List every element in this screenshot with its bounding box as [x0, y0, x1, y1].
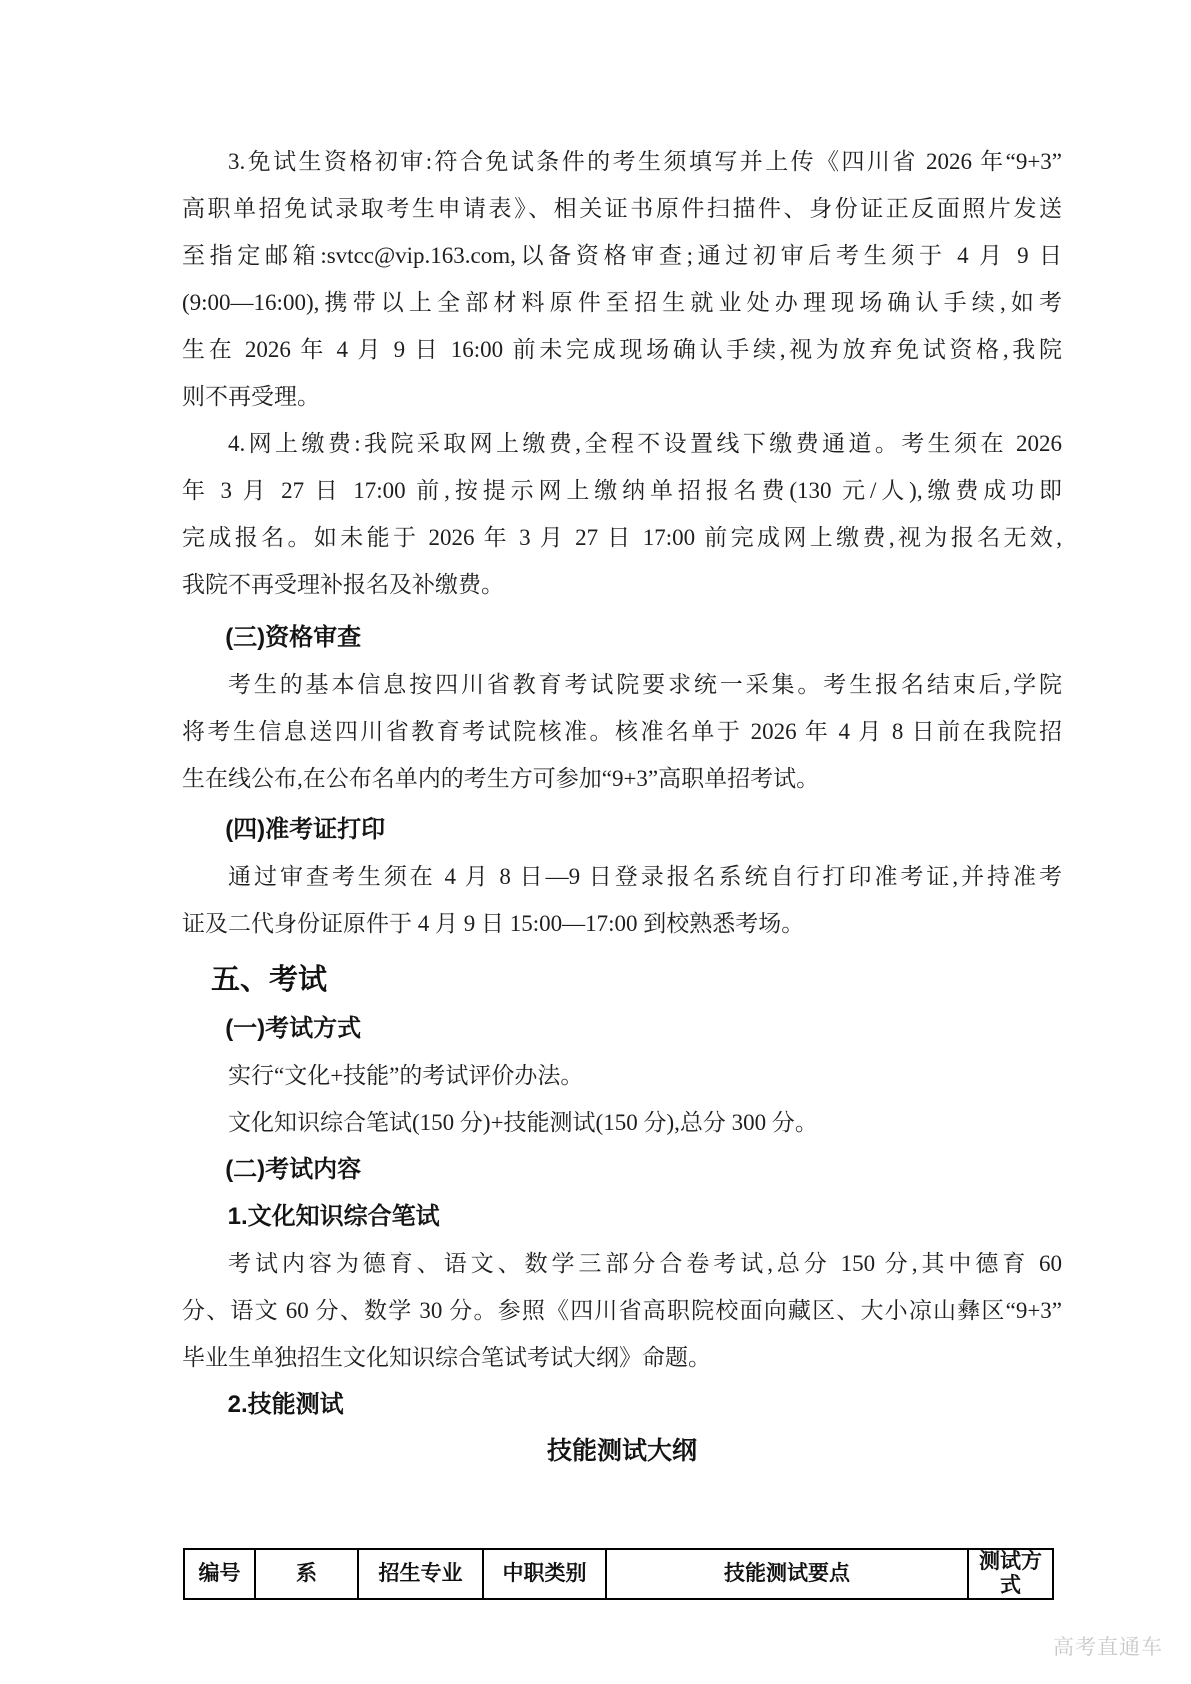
column-header-major: 招生专业: [358, 1549, 483, 1599]
text-line: (9:00—16:00),携带以上全部材料原件至招生就业处办理现场确认手续,如考: [182, 279, 1062, 326]
para-exemption-initial-review: 3.免试生资格初审:符合免试条件的考生须填写并上传《四川省 2026 年“9+3…: [182, 138, 1062, 420]
text-line: 生在线公布,在公布名单内的考生方可参加“9+3”高职单招考试。: [182, 755, 1062, 802]
para-exam-method: 实行“文化+技能”的考试评价办法。: [182, 1052, 1062, 1099]
text-line: 高职单招免试录取考生申请表》、相关证书原件扫描件、身份证正反面照片发送: [182, 185, 1062, 232]
text-line: 生在 2026 年 4 月 9 日 16:00 前未完成现场确认手续,视为放弃免…: [182, 326, 1062, 373]
text-line: 年 3 月 27 日 17:00 前,按提示网上缴纳单招报名费(130 元/人)…: [182, 467, 1062, 514]
column-header-vocational-category: 中职类别: [483, 1549, 606, 1599]
text-line: 通过审查考生须在 4 月 8 日—9 日登录报名系统自行打印准考证,并持准考: [182, 853, 1062, 900]
text-line: 证及二代身份证原件于 4 月 9 日 15:00—17:00 到校熟悉考场。: [182, 900, 1062, 947]
text-line: 考试内容为德育、语文、数学三部分合卷考试,总分 150 分,其中德育 60: [182, 1240, 1062, 1287]
para-exam-scores: 文化知识综合笔试(150 分)+技能测试(150 分),总分 300 分。: [182, 1099, 1062, 1146]
para-qualification-review: 考生的基本信息按四川省教育考试院要求统一采集。考生报名结束后,学院 将考生信息送…: [182, 661, 1062, 802]
text-line: 实行“文化+技能”的考试评价办法。: [182, 1052, 1062, 1099]
heading-exam-content: (二)考试内容: [182, 1146, 1062, 1193]
table-header-row: 编号 系 招生专业 中职类别 技能测试要点 测试方式: [184, 1549, 1053, 1599]
column-header-skill-test-points: 技能测试要点: [606, 1549, 968, 1599]
document-body: 3.免试生资格初审:符合免试条件的考生须填写并上传《四川省 2026 年“9+3…: [182, 138, 1062, 1600]
text-line: 分、语文 60 分、数学 30 分。参照《四川省高职院校面向藏区、大小凉山彝区“…: [182, 1287, 1062, 1334]
column-header-department: 系: [255, 1549, 358, 1599]
text-line: 考生的基本信息按四川省教育考试院要求统一采集。考生报名结束后,学院: [182, 661, 1062, 708]
column-header-test-method: 测试方式: [968, 1549, 1053, 1599]
watermark: 高考直通车: [1053, 1631, 1163, 1661]
heading-admission-ticket-print: (四)准考证打印: [182, 806, 1062, 853]
text-line: 至指定邮箱:svtcc@vip.163.com,以备资格审查;通过初审后考生须于…: [182, 232, 1062, 279]
text-line: 毕业生单独招生文化知识综合笔试考试大纲》命题。: [182, 1334, 1062, 1381]
text-line: 文化知识综合笔试(150 分)+技能测试(150 分),总分 300 分。: [182, 1099, 1062, 1146]
heading-skill-test-outline: 技能测试大纲: [182, 1428, 1062, 1475]
heading-exam-method: (一)考试方式: [182, 1005, 1062, 1052]
text-line: 则不再受理。: [182, 373, 1062, 420]
column-header-number: 编号: [184, 1549, 255, 1599]
heading-qualification-review: (三)资格审查: [182, 614, 1062, 661]
text-line: 完成报名。如未能于 2026 年 3 月 27 日 17:00 前完成网上缴费,…: [182, 514, 1062, 561]
heading-skill-test: 2.技能测试: [182, 1381, 1062, 1428]
heading-section-exam: 五、考试: [182, 955, 1062, 1005]
para-admission-ticket-print: 通过审查考生须在 4 月 8 日—9 日登录报名系统自行打印准考证,并持准考 证…: [182, 853, 1062, 947]
skill-test-outline-table: 编号 系 招生专业 中职类别 技能测试要点 测试方式: [183, 1548, 1054, 1600]
text-line: 将考生信息送四川省教育考试院核准。核准名单于 2026 年 4 月 8 日前在我…: [182, 708, 1062, 755]
text-line: 4.网上缴费:我院采取网上缴费,全程不设置线下缴费通道。考生须在 2026: [182, 420, 1062, 467]
para-written-test: 考试内容为德育、语文、数学三部分合卷考试,总分 150 分,其中德育 60 分、…: [182, 1240, 1062, 1381]
para-online-payment: 4.网上缴费:我院采取网上缴费,全程不设置线下缴费通道。考生须在 2026 年 …: [182, 420, 1062, 608]
text-line: 我院不再受理补报名及补缴费。: [182, 561, 1062, 608]
heading-written-test: 1.文化知识综合笔试: [182, 1193, 1062, 1240]
text-line: 3.免试生资格初审:符合免试条件的考生须填写并上传《四川省 2026 年“9+3…: [182, 138, 1062, 185]
